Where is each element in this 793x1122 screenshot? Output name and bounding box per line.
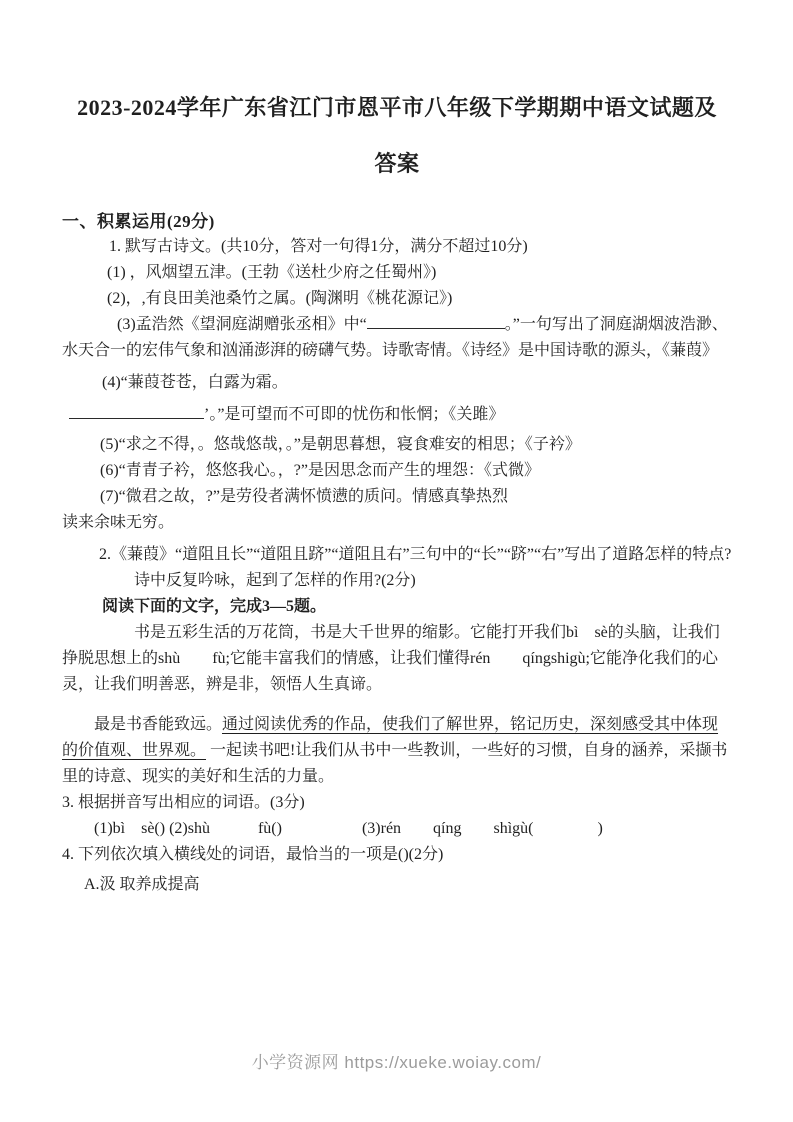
question-1-stem: 1. 默写古诗文。(共10分，答对一句得1分，满分不超过10分) — [62, 234, 732, 260]
item-4-text-after: ’。”是可望而不可即的忧伤和怅惘；《关雎》 — [204, 406, 504, 423]
question-1-item-7-continued: 读来余味无穷。 — [62, 510, 732, 536]
reading-section-heading: 阅读下面的文字，完成3—5题。 — [62, 594, 732, 620]
question-3-stem: 3. 根据拼音写出相应的词语。(3分) — [62, 790, 732, 816]
footer-site-and-url: 小学资源网 https://xueke.woiay.com/ — [252, 1053, 542, 1072]
question-2-stem: 2.《蒹葭》“道阻且长”“道阻且跻”“道阻且右”三句中的“长”“跻”“右”写出了… — [62, 542, 732, 594]
question-1-item-5: (5)“求之不得，。悠哉悠哉，。”是朝思暮想，寝食难安的相思；《子衿》 — [62, 432, 732, 458]
document-content: 2023-2024学年广东省江门市恩平市八年级下学期期中语文试题及答案 一、积累… — [62, 80, 732, 898]
exam-document-page: 2023-2024学年广东省江门市恩平市八年级下学期期中语文试题及答案 一、积累… — [0, 0, 793, 1122]
section-1-heading: 一、积累运用(29分) — [62, 210, 732, 234]
question-1-item-7: (7)“微君之故，?”是劳役者满怀愤懑的质问。情感真挚热烈 — [62, 484, 732, 510]
question-1-item-1: (1) ，风烟望五津。(王勃《送杜少府之任蜀州》) — [62, 260, 732, 286]
question-3-items: (1)bì sè() (2)shù fù() (3)rén qíng shìgù… — [62, 816, 732, 842]
question-1-item-2: (2)，,有良田美池桑竹之属。(陶渊明《桃花源记》) — [62, 286, 732, 312]
question-1-item-4: (4)“蒹葭苍苍，白露为霜。 — [62, 370, 732, 396]
page-title: 2023-2024学年广东省江门市恩平市八年级下学期期中语文试题及答案 — [71, 80, 723, 192]
paragraph-2-plain-start: 最是书香能致远。 — [94, 716, 222, 733]
answer-blank — [367, 312, 505, 329]
question-1-item-3: (3)孟浩然《望洞庭湖赠张丞相》中“。”一句写出了洞庭湖烟波浩渺、水天合一的宏伟… — [62, 312, 732, 364]
footer-watermark: 小学资源网 https://xueke.woiay.com/ — [0, 1048, 793, 1073]
item-3-text-before: (3)孟浩然《望洞庭湖赠张丞相》中“ — [117, 316, 367, 333]
question-4-stem: 4. 下列依次填入横线处的词语，最恰当的一项是()(2分) — [62, 842, 732, 868]
passage-paragraph-1: 书是五彩生活的万花筒，书是大千世界的缩影。它能打开我们bì sè的头脑，让我们 … — [62, 620, 732, 698]
question-1-item-4-continued: ’。”是可望而不可即的忧伤和怅惘；《关雎》 — [62, 402, 732, 428]
question-1-item-6: (6)“青青子衿，悠悠我心。，?”是因思念而产生的埋怨：《式微》 — [62, 458, 732, 484]
answer-blank — [69, 402, 204, 419]
passage-paragraph-2: 最是书香能致远。通过阅读优秀的作品，使我们了解世界，铭记历史，深刻感受其中体现的… — [62, 712, 732, 790]
question-4-option-a: A.汲 取养成提高 — [62, 872, 732, 898]
